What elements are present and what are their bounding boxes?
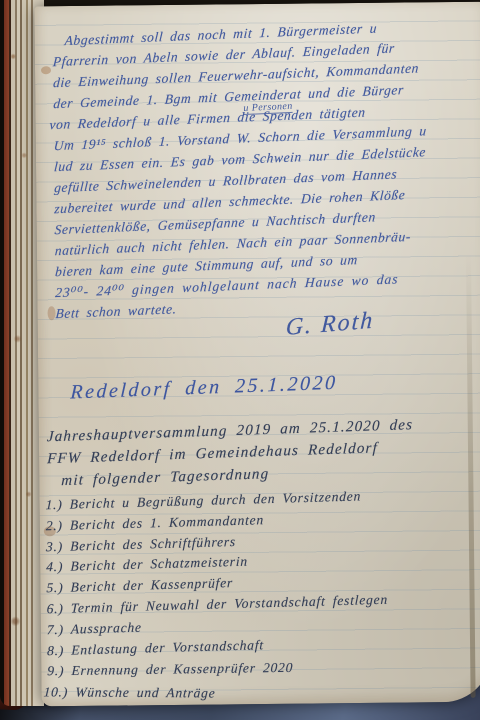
signature: G. Roth <box>285 308 375 342</box>
previous-entry-paragraph: Abgestimmt soll das noch mit 1. Bürgerme… <box>53 26 480 325</box>
notebook-page: Abgestimmt soll das noch mit 1. Bürgerme… <box>34 2 480 707</box>
page-fold-shadow <box>466 254 476 698</box>
agenda-list: 1.) Bericht u Begrüßung durch den Vorsit… <box>45 492 389 704</box>
paper-stain <box>41 66 51 74</box>
notebook-photo: Abgestimmt soll das noch mit 1. Bürgerme… <box>0 0 480 720</box>
inserted-correction-text: u Personen <box>243 101 293 115</box>
agenda-item: 9.) Ernennung der Kassenprüfer 2020 <box>47 657 389 683</box>
entry-date-heading: Redeldorf den 25.1.2020 <box>70 372 338 405</box>
meeting-intro-paragraph: Jahreshauptversammlung 2019 am 25.1.2020… <box>47 422 414 492</box>
agenda-item: 10.) Wünsche und Anträge <box>43 682 390 705</box>
